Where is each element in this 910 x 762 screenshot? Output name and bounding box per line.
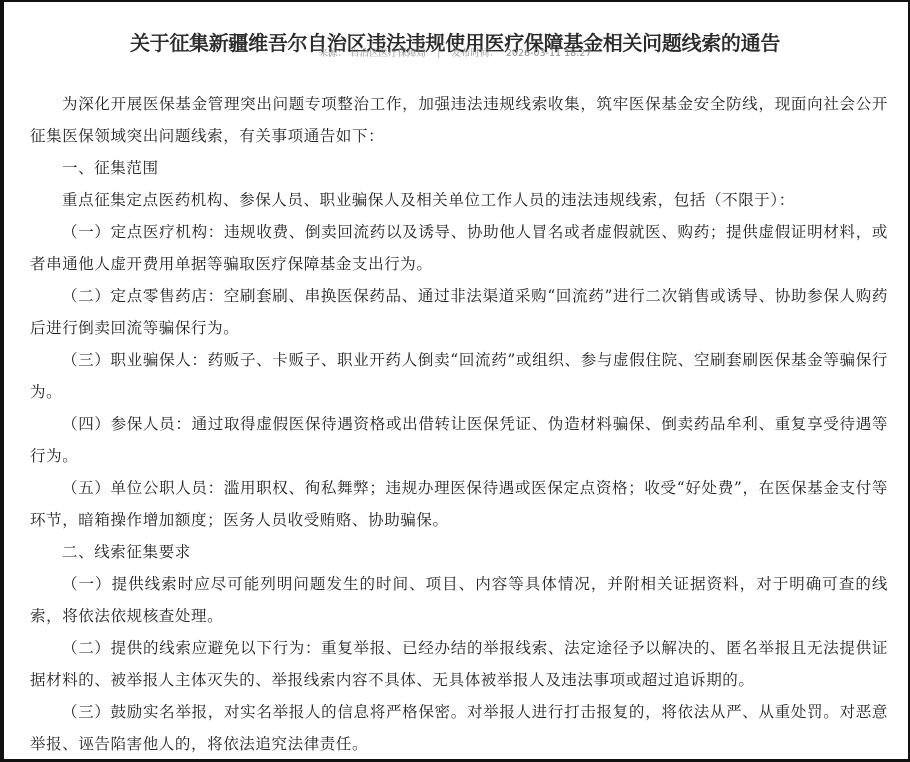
section-heading-scope: 一、征集范围: [30, 152, 888, 184]
source-label: 来源：: [319, 48, 348, 59]
scope-summary-paragraph: 重点征集定点医药机构、参保人员、职业骗保人及相关单位工作人员的违法违规线索，包括…: [30, 184, 888, 216]
article-body: 为深化开展医保基金管理突出问题专项整治工作，加强违法违规线索收集，筑牢医保基金安…: [30, 88, 888, 760]
requirement-item-avoid: （二）提供的线索应避免以下行为：重复举报、已经办结的举报线索、法定途径予以解决的…: [30, 632, 888, 696]
meta-separator: |: [437, 48, 440, 59]
scope-item-public-officials: （五）单位公职人员：滥用职权、徇私舞弊；违规办理医保待遇或医保定点资格；收受“好…: [30, 472, 888, 536]
publish-time-label: 发布时间：: [451, 48, 499, 59]
intro-paragraph: 为深化开展医保基金管理突出问题专项整治工作，加强违法违规线索收集，筑牢医保基金安…: [30, 88, 888, 152]
section-heading-requirements: 二、线索征集要求: [30, 536, 888, 568]
source-value: 自治区医疗保障局: [350, 48, 426, 59]
scope-item-insured-persons: （四）参保人员：通过取得虚假医保待遇资格或出借转让医保凭证、伪造材料骗保、倒卖药…: [30, 408, 888, 472]
requirement-item-details: （一）提供线索时应尽可能列明问题发生的时间、项目、内容等具体情况，并附相关证据资…: [30, 568, 888, 632]
scope-item-professional-fraudsters: （三）职业骗保人：药贩子、卡贩子、职业开药人倒卖“回流药”或组织、参与虚假住院、…: [30, 344, 888, 408]
publish-time-value: 2026-03-11 18:27: [506, 48, 592, 59]
scope-item-medical-institutions: （一）定点医疗机构：违规收费、倒卖回流药以及诱导、协助他人冒名或者虚假就医、购药…: [30, 216, 888, 280]
article-meta: 来源： 自治区医疗保障局 | 发布时间： 2026-03-11 18:27: [0, 46, 910, 62]
requirement-item-real-name: （三）鼓励实名举报，对实名举报人的信息将严格保密。对举报人进行打击报复的，将依法…: [30, 696, 888, 760]
scope-item-retail-pharmacies: （二）定点零售药店：空刷套刷、串换医保药品、通过非法渠道采购“回流药”进行二次销…: [30, 280, 888, 344]
